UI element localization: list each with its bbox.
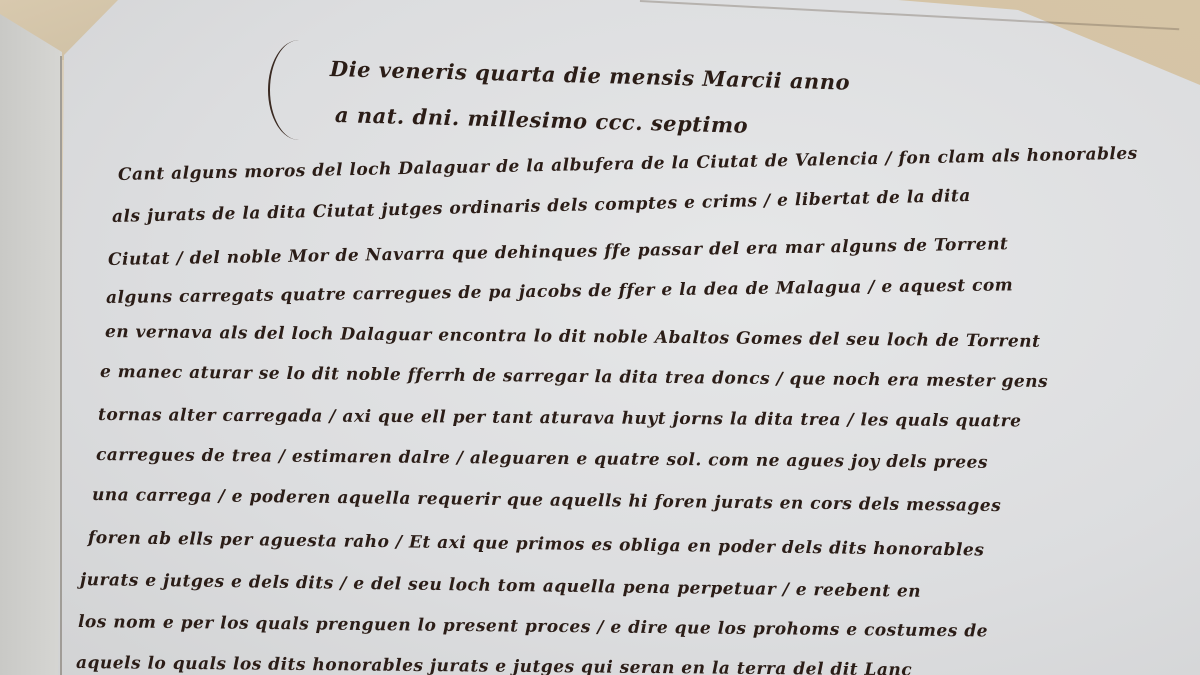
book-gutter (60, 56, 62, 675)
heading-bracket (268, 40, 330, 140)
facing-page-edge (0, 14, 62, 675)
